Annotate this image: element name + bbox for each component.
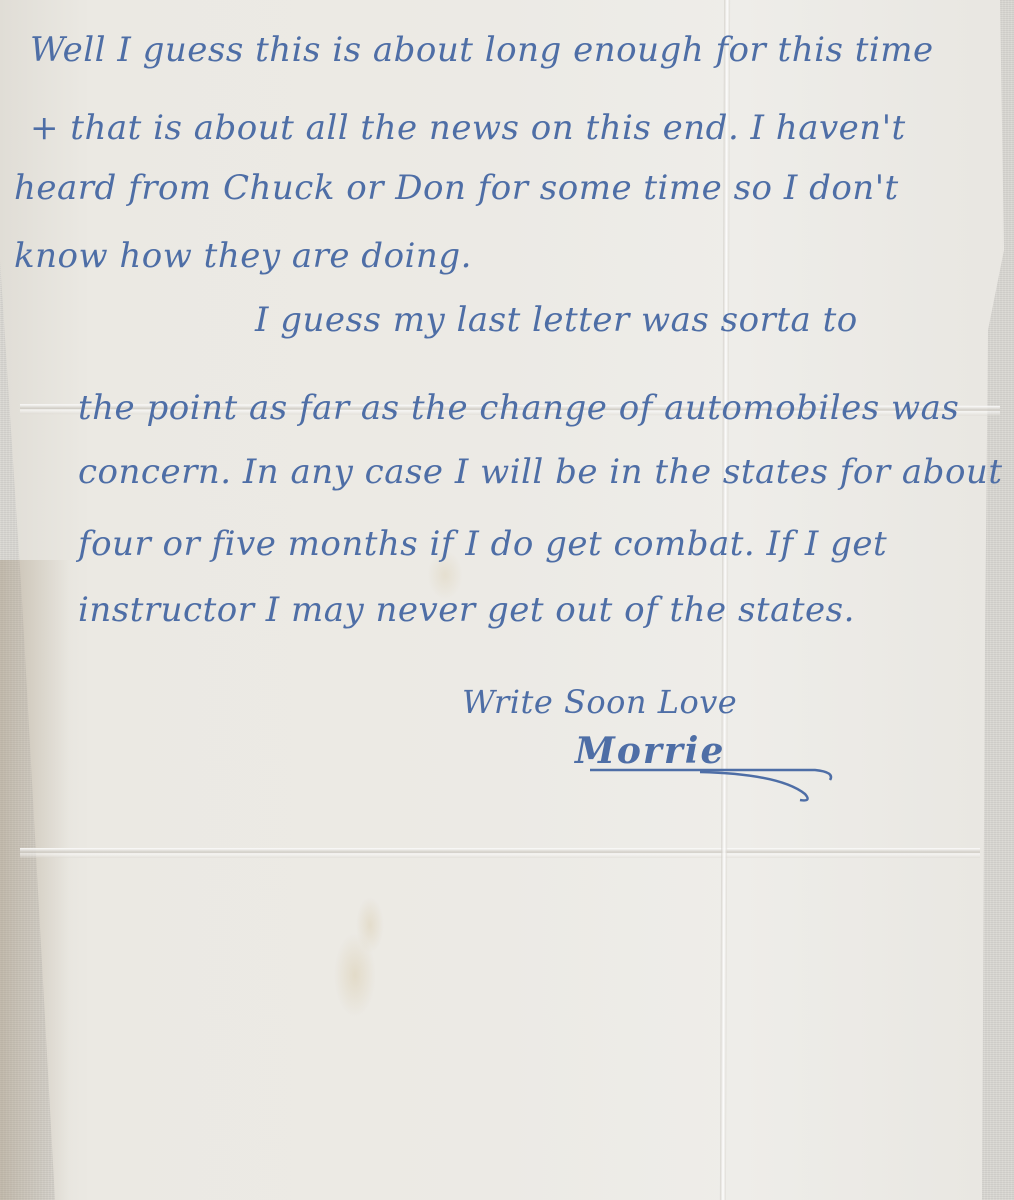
letter-line: four or five months if I do get combat. … [78, 524, 887, 564]
letter-closing: Write Soon Love [462, 683, 737, 721]
letter-line: + that is about all the news on this end… [30, 108, 906, 148]
letter-line: Well I guess this is about long enough f… [30, 30, 934, 70]
letter-line: heard from Chuck or Don for some time so… [14, 168, 899, 208]
letter-line: instructor I may never get out of the st… [78, 590, 855, 630]
letter-line: the point as far as the change of automo… [78, 388, 959, 428]
letter-signature: Morrie [575, 730, 725, 772]
letter-line: know how they are doing. [14, 236, 472, 276]
letter-line: concern. In any case I will be in the st… [78, 452, 1002, 492]
letter-paragraph-start: I guess my last letter was sorta to [255, 300, 858, 340]
